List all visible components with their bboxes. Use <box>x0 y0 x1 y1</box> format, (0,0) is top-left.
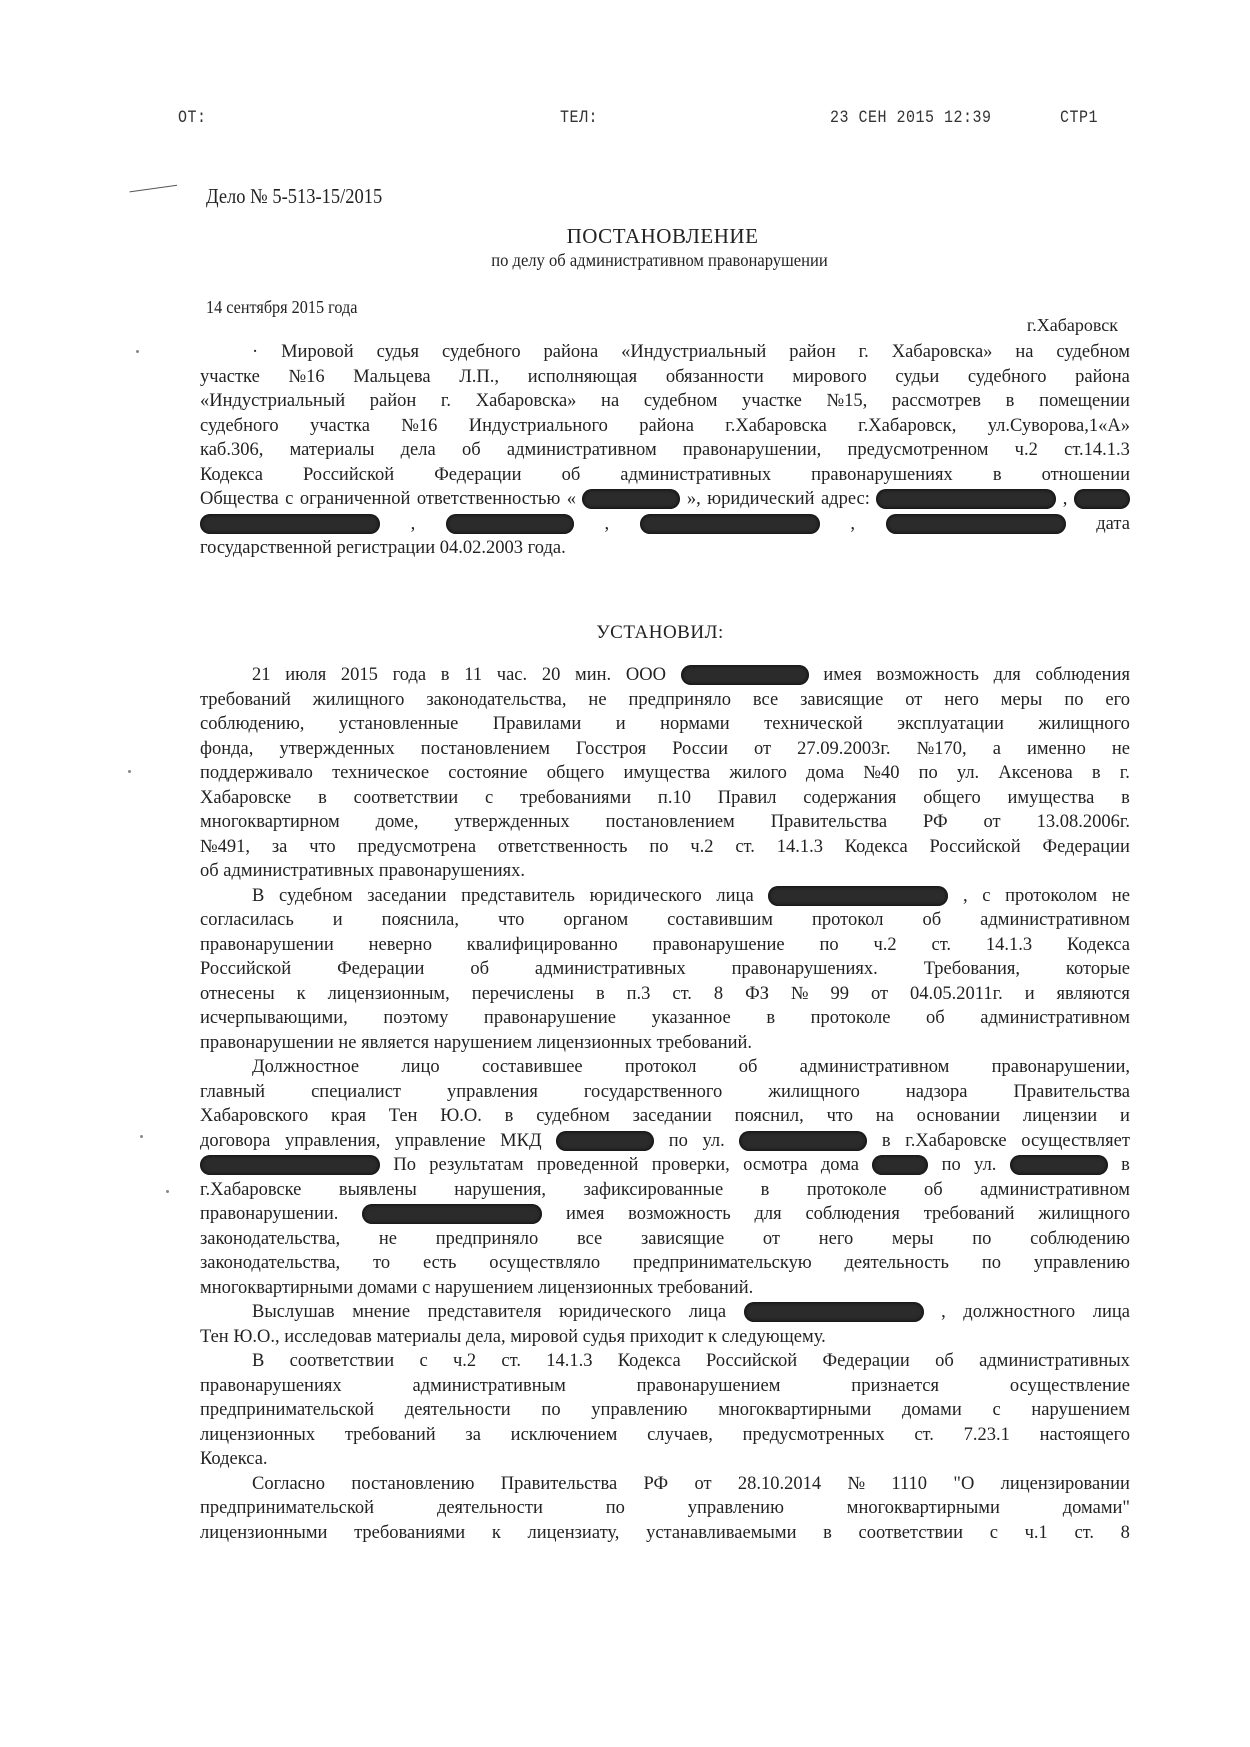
handwritten-margin-mark <box>129 185 178 203</box>
word: квалифицированно <box>467 933 618 958</box>
word: жилищного <box>1038 712 1130 737</box>
word: лицензировании <box>1001 1472 1130 1497</box>
word: Федерации <box>822 1349 909 1374</box>
word: 7.23.1 <box>964 1423 1010 1448</box>
word: составившее <box>482 1055 583 1080</box>
word: "О <box>953 1472 974 1497</box>
fax-tel-label: ТЕЛ: <box>560 108 598 128</box>
word: поэтому <box>383 1006 448 1031</box>
word: Индустриального <box>469 414 608 439</box>
word: правонарушениях <box>200 1374 342 1399</box>
text-line: г.Хабаровскевыявленынарушения,зафиксиров… <box>200 1178 1130 1203</box>
word: именно <box>1027 737 1086 762</box>
word: и <box>333 908 343 933</box>
text-line: правонарушенияхадминистративнымправонару… <box>200 1374 1130 1399</box>
word: предпринимательской <box>200 1496 374 1521</box>
text-line: отнесеныклицензионным,перечисленывп.3ст.… <box>200 982 1130 1007</box>
word: от <box>871 982 888 1007</box>
word: судебного <box>442 340 521 365</box>
word: №16 <box>288 365 324 390</box>
word: Правилами <box>493 712 582 737</box>
word: г.Хабаровск, <box>858 414 956 439</box>
redaction-mark <box>872 1155 928 1175</box>
word: об <box>924 1178 943 1203</box>
word: правонарушении <box>200 933 334 958</box>
word: 14.1.3 <box>546 1349 592 1374</box>
word: имущества <box>1008 786 1095 811</box>
fax-page-number: СТР1 <box>1060 108 1098 128</box>
text-line: СогласнопостановлениюПравительстваРФот28… <box>200 1472 1130 1497</box>
document-title: ПОСТАНОВЛЕНИЕ <box>0 224 1250 249</box>
word: по <box>819 933 838 958</box>
redaction-mark <box>744 1302 924 1322</box>
word: район <box>370 389 417 414</box>
word: г.Хабаровске <box>905 1129 1006 1154</box>
word: в <box>318 786 327 811</box>
word: многоквартирными <box>847 1496 1000 1521</box>
text-line: Кодекса. <box>200 1447 1130 1472</box>
text-line: главныйспециалиступравлениягосударственн… <box>200 1080 1130 1105</box>
word: него <box>819 1227 854 1252</box>
word: судебного <box>968 365 1047 390</box>
word: указанное <box>652 1006 731 1031</box>
word: в <box>505 1104 514 1129</box>
word: выявлены <box>339 1178 417 1203</box>
word: «Индустриальный <box>621 340 766 365</box>
word: Аксенова <box>998 761 1072 786</box>
word: лицензии <box>1023 1104 1097 1129</box>
word: Кодекса <box>618 1349 681 1374</box>
word: жилищного <box>1038 1202 1130 1227</box>
word: № <box>847 1472 865 1497</box>
word: по <box>942 1153 961 1178</box>
text-line: предпринимательскойдеятельностипоуправле… <box>200 1398 1130 1423</box>
redaction-mark <box>768 886 948 906</box>
word: административным <box>412 1374 565 1399</box>
word: техническое <box>332 761 429 786</box>
paragraph: СогласнопостановлениюПравительстваРФот28… <box>200 1472 1130 1546</box>
word: 14.1.3 <box>986 933 1032 958</box>
word: лица <box>1093 1300 1130 1325</box>
word: протоколом <box>1005 884 1097 909</box>
word: судьи <box>895 365 939 390</box>
word: предприняло <box>628 688 730 713</box>
word: зафиксированные <box>583 1178 723 1203</box>
scan-speck <box>166 1190 169 1193</box>
word: Хабаровске <box>200 786 291 811</box>
word: Российской <box>706 1349 797 1374</box>
word: соблюдения <box>805 1202 899 1227</box>
text-line: РоссийскойФедерацииобадминистративныхпра… <box>200 957 1130 982</box>
document-subtitle: по делу об административном правонарушен… <box>50 250 1200 271</box>
redaction-mark <box>681 665 809 685</box>
word: Выслушав <box>252 1300 335 1325</box>
word: ч.2 <box>453 1349 476 1374</box>
word: судебном <box>644 389 718 414</box>
word: постановлением <box>421 737 550 762</box>
word: деятельности <box>437 1496 543 1521</box>
word: заседании <box>367 884 446 909</box>
word: исчерпывающими, <box>200 1006 348 1031</box>
word: об <box>926 1006 945 1031</box>
word: управление <box>395 1129 486 1154</box>
word: каб.306, <box>200 438 263 463</box>
word: законодательства, <box>200 1227 340 1252</box>
word: случаев, <box>647 1423 713 1448</box>
word: к <box>492 1521 501 1546</box>
word: предусмотрена <box>357 835 476 860</box>
text-line: об административных правонарушениях. <box>200 859 1130 884</box>
word: соответствии <box>290 1349 395 1374</box>
word: имущества <box>623 761 710 786</box>
word: дела <box>401 438 436 463</box>
word: п.3 <box>627 982 651 1007</box>
word: административных <box>535 957 686 982</box>
text-line: ХабаровскогокраяТенЮ.О.всудебномзаседани… <box>200 1104 1130 1129</box>
word: №491, <box>200 835 250 860</box>
word: по <box>972 1227 991 1252</box>
redaction-mark <box>1074 489 1130 509</box>
word: правонарушением <box>637 1374 781 1399</box>
word: ул. <box>974 1153 996 1178</box>
word: Кодекса <box>200 463 263 488</box>
word: №170, <box>917 737 967 762</box>
word: договора <box>200 1129 270 1154</box>
word: п.10 <box>658 786 691 811</box>
word: управлению <box>688 1496 784 1521</box>
text-line: предпринимательскойдеятельностипоуправле… <box>200 1496 1130 1521</box>
word: предприняло <box>436 1227 538 1252</box>
redaction-mark <box>446 514 574 534</box>
word: ответственность <box>498 835 628 860</box>
word: Федерации <box>434 463 521 488</box>
word: об <box>935 1349 954 1374</box>
word: за <box>465 1423 481 1448</box>
word: нормами <box>660 712 730 737</box>
word: должностного <box>963 1300 1075 1325</box>
word: Л.П., <box>459 365 499 390</box>
word: законодательства, <box>200 1251 340 1276</box>
word: РФ <box>923 810 948 835</box>
word: к <box>297 982 306 1007</box>
word: законодательства, <box>426 688 566 713</box>
word: не <box>588 688 606 713</box>
text-line: «Индустриальныйрайонг.Хабаровска»насудеб… <box>200 389 1130 414</box>
word: постановлению <box>351 1472 474 1497</box>
word: отношении <box>1042 463 1130 488</box>
fax-datetime: 23 СЕН 2015 12:39 <box>830 108 992 128</box>
word: Федерации <box>337 957 424 982</box>
word: Мировой <box>281 340 354 365</box>
redaction-mark <box>640 514 820 534</box>
word: 21 <box>252 663 271 688</box>
word: Мальцева <box>353 365 430 390</box>
word: утвержденных <box>279 737 394 762</box>
intro-paragraph: ·Мировойсудьясудебногорайона«Индустриаль… <box>200 340 1130 561</box>
word: имея <box>823 663 861 688</box>
word: В <box>252 884 264 909</box>
word: Госстроя <box>576 737 646 762</box>
text-line: Тен Ю.О., исследовав материалы дела, мир… <box>200 1325 1130 1350</box>
text-line: согласиласьипояснила,чтоорганомсоставивш… <box>200 908 1130 933</box>
word: состояние <box>448 761 527 786</box>
redaction-mark <box>876 489 1056 509</box>
word: района <box>1075 365 1130 390</box>
word: Должностное <box>252 1055 359 1080</box>
word: результатам <box>429 1153 523 1178</box>
word: неверно <box>369 933 432 958</box>
word: 04.05.2011г. <box>910 982 1003 1007</box>
text-line: ,,,дата <box>200 512 1130 537</box>
word: с <box>982 884 990 909</box>
redaction-mark <box>582 489 680 509</box>
word: 20 <box>542 663 561 688</box>
word: дата <box>1096 512 1130 537</box>
text-line: многоквартирномдоме,утвержденныхпостанов… <box>200 810 1130 835</box>
word: на <box>601 389 619 414</box>
text-line: 21июля2015годав11час.20мин.ОООимеявозмож… <box>200 663 1130 688</box>
word: мнение <box>352 1300 410 1325</box>
word: управлению <box>591 1398 687 1423</box>
paragraph: 21июля2015годав11час.20мин.ОООимеявозмож… <box>200 663 1130 884</box>
word: края <box>331 1104 366 1129</box>
word: на <box>1015 340 1033 365</box>
text-line: лицензионныхтребованийзаисключениемслуча… <box>200 1423 1130 1448</box>
text-line: многоквартирными домами с нарушением лиц… <box>200 1276 1130 1301</box>
word: лицо <box>401 1055 439 1080</box>
word: г.Хабаровска <box>725 414 827 439</box>
word: предусмотренном <box>848 438 989 463</box>
word: государственного <box>584 1080 722 1105</box>
word: Согласно <box>252 1472 325 1497</box>
word: в <box>441 663 450 688</box>
text-line: договорауправления,управлениеМКДпоул.вг.… <box>200 1129 1130 1154</box>
word: административном <box>980 908 1130 933</box>
word: лица <box>716 884 753 909</box>
word: перечислены <box>472 982 574 1007</box>
word: пояснила, <box>382 908 459 933</box>
word: для <box>754 1202 781 1227</box>
word: согласилась <box>200 908 294 933</box>
word: 8 <box>714 982 723 1007</box>
word: в <box>993 463 1002 488</box>
word: представитель <box>461 884 575 909</box>
word: многоквартирными <box>718 1398 871 1423</box>
word: и <box>1120 1104 1130 1129</box>
word: все <box>577 1227 602 1252</box>
word: по <box>1064 688 1083 713</box>
word: ул. <box>702 1129 724 1154</box>
word: Правил <box>718 786 777 811</box>
text-line: №491,зачтопредусмотренаответственностьпо… <box>200 835 1130 860</box>
word: специалист <box>311 1080 401 1105</box>
word: административном <box>980 1006 1130 1031</box>
word: ч.2 <box>873 933 896 958</box>
word: него <box>944 688 979 713</box>
word: исполняющая <box>528 365 637 390</box>
word: материалы <box>290 438 375 463</box>
text-line: Всудебномзаседаниипредставительюридическ… <box>200 884 1130 909</box>
word: общего <box>923 786 981 811</box>
word: в <box>882 1129 891 1154</box>
word: Хабаровска» <box>476 389 577 414</box>
word: ФЗ <box>745 982 769 1007</box>
word: нарушением <box>1031 1398 1130 1423</box>
word: жилищного <box>313 688 405 713</box>
word: что <box>498 908 524 933</box>
text-line: правонарушении не является нарушением ли… <box>200 1031 1130 1056</box>
word: №15, <box>827 389 868 414</box>
word: Тен <box>389 1104 418 1129</box>
word: в <box>761 1178 770 1203</box>
word: ст.14.1.3 <box>1064 438 1130 463</box>
word: домами" <box>1063 1496 1130 1521</box>
word: его <box>1105 688 1130 713</box>
word: правонарушениях <box>811 463 953 488</box>
word: лицензиату, <box>527 1521 619 1546</box>
word: ч.1 <box>1025 1521 1048 1546</box>
word: управлению <box>1034 1251 1130 1276</box>
word: правонарушение <box>653 933 785 958</box>
word: ст. <box>932 933 952 958</box>
word: об <box>462 438 481 463</box>
word: года <box>393 663 426 688</box>
word: возможность <box>876 663 979 688</box>
word: №40 <box>863 761 899 786</box>
word: по <box>982 1251 1001 1276</box>
text-line: судебногоучастка№16Индустриальногорайона… <box>200 414 1130 439</box>
word: с <box>285 487 293 512</box>
redaction-mark <box>200 514 380 534</box>
word: требований <box>345 1423 436 1448</box>
word: района <box>544 340 599 365</box>
word: от <box>905 688 922 713</box>
text-line: соблюдению,установленныеПравиламиинормам… <box>200 712 1130 737</box>
word: По <box>393 1153 416 1178</box>
word: общего <box>547 761 605 786</box>
word: в <box>1006 389 1015 414</box>
text-line: государственной регистрации 04.02.2003 г… <box>200 536 1130 561</box>
word: правонарушениях. <box>732 957 878 982</box>
word: с <box>990 1521 998 1546</box>
redaction-mark <box>1010 1155 1108 1175</box>
word: лицензионным, <box>328 982 450 1007</box>
word: соблюдению, <box>200 712 304 737</box>
word: надзора <box>906 1080 968 1105</box>
word: ч.2 <box>1015 438 1038 463</box>
word: возможность <box>628 1202 731 1227</box>
word: судебном <box>536 1104 610 1129</box>
word: утвержденных <box>454 810 569 835</box>
word: административных <box>620 463 771 488</box>
word: меры <box>892 1227 934 1252</box>
word: административном <box>800 1055 950 1080</box>
word: ст. <box>914 1423 934 1448</box>
word: которые <box>1066 957 1130 982</box>
word: меры <box>1001 688 1043 713</box>
word: 8 <box>1121 1521 1130 1546</box>
word: № <box>791 982 809 1007</box>
text-segment: многоквартирными домами с нарушением лиц… <box>200 1276 753 1301</box>
word: то <box>373 1251 390 1276</box>
word: рассмотрев <box>892 389 981 414</box>
fax-header: ОТ: ТЕЛ: 23 СЕН 2015 12:39 СТР1 <box>0 108 1250 136</box>
word: 27.09.2003г. <box>797 737 890 762</box>
document-city: г.Хабаровск <box>1027 315 1118 336</box>
word: предпринимательской <box>200 1398 374 1423</box>
scan-speck <box>128 770 131 773</box>
word: главный <box>200 1080 265 1105</box>
word: настоящего <box>1040 1423 1130 1448</box>
word: юридического <box>590 884 702 909</box>
text-line: Обществасограниченнойответственностью«»,… <box>200 487 1130 512</box>
word: ст. <box>501 1349 521 1374</box>
word: ст. <box>1074 1521 1094 1546</box>
word: об <box>739 1055 758 1080</box>
word: устанавливаемыми <box>646 1521 796 1546</box>
word: исключением <box>511 1423 618 1448</box>
word: В <box>252 1349 264 1374</box>
text-line: законодательства,непредприняловсезависящ… <box>200 1227 1130 1252</box>
word: содержания <box>803 786 896 811</box>
word: г. <box>859 340 869 365</box>
word: по <box>669 1129 688 1154</box>
word: юридический <box>707 487 814 512</box>
word: №16 <box>401 414 437 439</box>
section-heading-established: УСТАНОВИЛ: <box>0 622 1250 644</box>
word: требований <box>924 1202 1015 1227</box>
word: основании <box>917 1104 1000 1129</box>
word: управления <box>447 1080 538 1105</box>
word: соответствии <box>859 1521 964 1546</box>
word: , <box>411 512 416 537</box>
word: ч.2 <box>690 835 713 860</box>
word: протокол <box>625 1055 697 1080</box>
paragraph: Всоответствиисч.2ст.14.1.3КодексаРоссийс… <box>200 1349 1130 1472</box>
word: район <box>789 340 836 365</box>
text-line: фонда,утвержденныхпостановлениемГосстроя… <box>200 737 1130 762</box>
word: протоколе <box>807 1178 887 1203</box>
word: административном <box>980 1178 1130 1203</box>
word: ул. <box>957 761 979 786</box>
scan-speck <box>140 1135 143 1138</box>
word: соблюдению <box>1030 1227 1130 1252</box>
word: 99 <box>831 982 850 1007</box>
text-line: Всоответствиисч.2ст.14.1.3КодексаРоссийс… <box>200 1349 1130 1374</box>
word: деятельности <box>405 1398 511 1423</box>
fax-from-label: ОТ: <box>178 108 207 128</box>
word: по <box>919 761 938 786</box>
word: пояснил, <box>735 1104 804 1129</box>
text-line: Выслушавмнениепредставителяюридическогол… <box>200 1300 1130 1325</box>
word: соответствии <box>354 786 459 811</box>
word: правонарушении. <box>200 1202 338 1227</box>
word: протокол <box>812 908 884 933</box>
text-segment: об административных правонарушениях. <box>200 859 525 884</box>
word: что <box>309 835 335 860</box>
word: Общества <box>200 487 279 512</box>
word: не <box>379 1227 397 1252</box>
word: требований <box>200 688 291 713</box>
text-line: Порезультатампроведеннойпроверки,осмотра… <box>200 1153 1130 1178</box>
word: требованиями <box>520 786 631 811</box>
word: а <box>993 737 1001 762</box>
word: имея <box>566 1202 604 1227</box>
word: есть <box>423 1251 456 1276</box>
word: с <box>992 1398 1000 1423</box>
word: осмотра <box>743 1153 807 1178</box>
word: РФ <box>644 1472 669 1497</box>
